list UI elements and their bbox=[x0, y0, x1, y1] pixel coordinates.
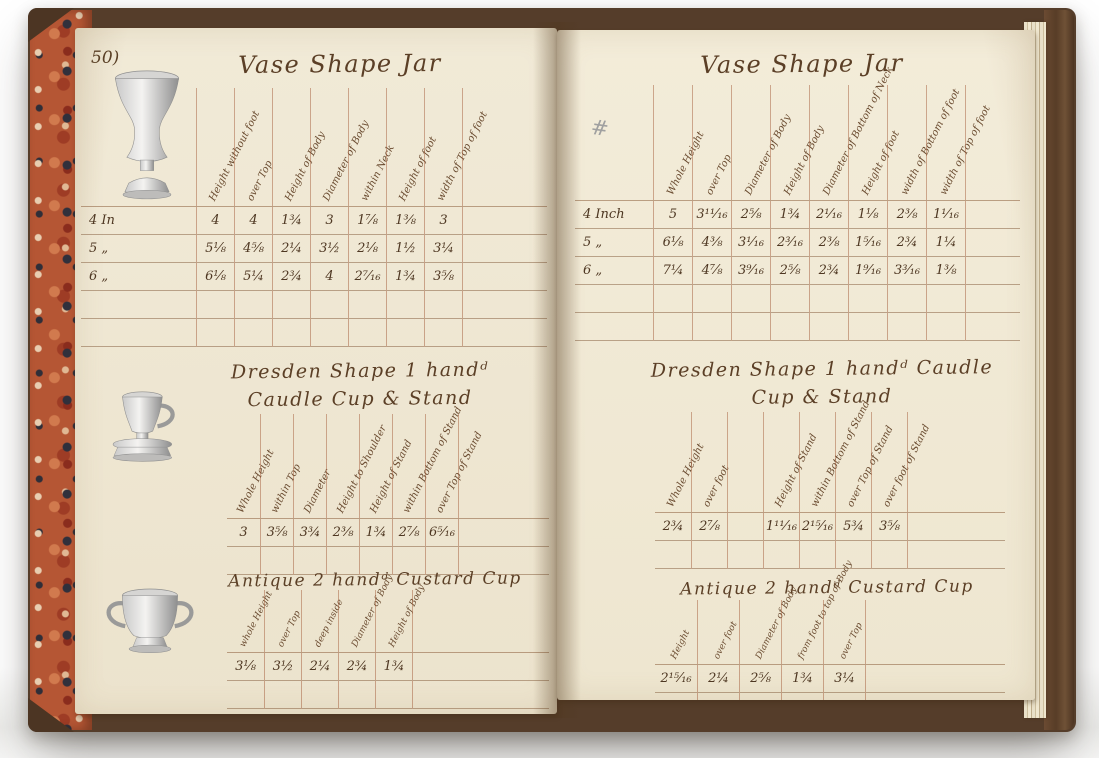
column-header: Height of Body bbox=[272, 88, 310, 206]
column-header: Height of foot bbox=[848, 85, 887, 200]
table-row: 33⅝3¾2⅜1¾2⅞6⁵⁄₁₆ bbox=[227, 519, 549, 547]
table-cell bbox=[227, 681, 264, 709]
table-cell: 4 bbox=[310, 263, 348, 291]
column-header: Height of Body bbox=[375, 590, 412, 652]
column-header: Height of Stand bbox=[763, 412, 799, 512]
column-header: over Top bbox=[823, 600, 865, 664]
column-header: Whole Height bbox=[653, 85, 692, 200]
table-row: 4 In441¾31⅞1⅜3 bbox=[81, 207, 547, 235]
table-cell: 3⅝ bbox=[424, 263, 462, 291]
table-cell: 6⁵⁄₁₆ bbox=[425, 519, 458, 547]
table-cell: 5¾ bbox=[835, 513, 871, 541]
table-cell: 4 Inch bbox=[575, 201, 653, 229]
table-row bbox=[227, 681, 549, 709]
table-cell: 2¹⁵⁄₁₆ bbox=[799, 513, 835, 541]
table-row: 2¾2⅞1¹¹⁄₁₆2¹⁵⁄₁₆5¾3⅝ bbox=[655, 513, 1005, 541]
left-page: 50) Vase Shape Jar Height without fo bbox=[75, 28, 557, 714]
table-row bbox=[575, 285, 1020, 313]
table-cell: 7¼ bbox=[653, 257, 692, 285]
table-cell bbox=[234, 319, 272, 347]
table-cell: 5⅛ bbox=[196, 235, 234, 263]
column-header: width of Top of foot bbox=[424, 88, 462, 206]
table-row: 3⅛3½2¼2¾1¾ bbox=[227, 653, 549, 681]
table-cell bbox=[196, 319, 234, 347]
column-header: Whole Height bbox=[655, 412, 691, 512]
right-dresden-title-line1: Dresden Shape 1 handᵈ Caudle bbox=[642, 356, 1002, 382]
table-row bbox=[575, 313, 1020, 341]
column-header: within Top bbox=[260, 414, 293, 518]
table-cell bbox=[727, 541, 763, 569]
empty-cell bbox=[965, 85, 1020, 200]
table-cell: 2¾ bbox=[338, 653, 375, 681]
table-cell bbox=[871, 541, 907, 569]
table-cell: 6 „ bbox=[575, 257, 653, 285]
column-header: over foot of Stand bbox=[871, 412, 907, 512]
empty-cell bbox=[462, 235, 547, 263]
table-cell: 6⅛ bbox=[653, 229, 692, 257]
column-header: over Top of Stand bbox=[835, 412, 871, 512]
custard-cup-illustration bbox=[91, 578, 209, 682]
table-row: 5 „5⅛4⅝2¼3½2⅛1½3¼ bbox=[81, 235, 547, 263]
table-cell bbox=[731, 285, 770, 313]
table-cell: 3 bbox=[424, 207, 462, 235]
table-cell: 2¼ bbox=[697, 665, 739, 693]
empty-cell bbox=[965, 313, 1020, 341]
table-header-row: Whole Heightover TopDiameter of BodyHeig… bbox=[575, 85, 1020, 201]
table-cell: 3 bbox=[310, 207, 348, 235]
table-cell: 3⅝ bbox=[260, 519, 293, 547]
empty-cell bbox=[907, 412, 1005, 512]
table-cell bbox=[692, 313, 731, 341]
table-row bbox=[655, 693, 1005, 700]
table-cell bbox=[691, 541, 727, 569]
table-cell bbox=[653, 313, 692, 341]
table-cell: 4 bbox=[234, 207, 272, 235]
table-cell bbox=[375, 681, 412, 709]
table-row bbox=[655, 541, 1005, 569]
leather-cover-right bbox=[1044, 10, 1074, 730]
table-cell bbox=[653, 285, 692, 313]
table-header-row: Height without footover TopHeight of Bod… bbox=[81, 88, 547, 207]
table-cell: 2⁷⁄₁₆ bbox=[348, 263, 386, 291]
column-header: Diameter of Bottom of Neck bbox=[809, 85, 848, 200]
table-cell: 6 „ bbox=[81, 263, 196, 291]
table-cell bbox=[81, 291, 196, 319]
table-cell bbox=[763, 541, 799, 569]
table-cell: 3¹⁄₁₆ bbox=[731, 229, 770, 257]
table-cell: 4 In bbox=[81, 207, 196, 235]
table-cell bbox=[823, 693, 865, 700]
left-vase-table: Height without footover TopHeight of Bod… bbox=[81, 88, 547, 347]
empty-cell bbox=[965, 229, 1020, 257]
empty-cell bbox=[965, 201, 1020, 229]
table-cell: 3⅛ bbox=[227, 653, 264, 681]
column-header: Height of Stand bbox=[359, 414, 392, 518]
table-row bbox=[81, 319, 547, 347]
table-cell: 3 bbox=[227, 519, 260, 547]
column-header: over Top bbox=[234, 88, 272, 206]
column-header: Diameter of Body bbox=[739, 600, 781, 664]
table-cell bbox=[424, 319, 462, 347]
table-cell: 2⅜ bbox=[326, 519, 359, 547]
table-cell bbox=[310, 319, 348, 347]
table-cell: 1¾ bbox=[375, 653, 412, 681]
table-cell: 4⅝ bbox=[234, 235, 272, 263]
empty-cell bbox=[412, 653, 549, 681]
table-cell bbox=[575, 313, 653, 341]
column-header-label: Height bbox=[669, 629, 692, 661]
empty-cell bbox=[462, 319, 547, 347]
table-cell: 4⅜ bbox=[692, 229, 731, 257]
table-cell: 2¾ bbox=[809, 257, 848, 285]
table-cell bbox=[770, 313, 809, 341]
column-header-label: over Top bbox=[838, 621, 865, 661]
column-header-label: over Top bbox=[704, 153, 734, 197]
table-cell bbox=[338, 681, 375, 709]
table-cell: 1¼ bbox=[926, 229, 965, 257]
table-cell: 1⅜ bbox=[386, 207, 424, 235]
empty-cell bbox=[462, 291, 547, 319]
table-cell: 2¹⁄₁₆ bbox=[809, 201, 848, 229]
table-cell: 2¼ bbox=[272, 235, 310, 263]
table-cell bbox=[348, 291, 386, 319]
table-cell bbox=[781, 693, 823, 700]
column-header: Height bbox=[655, 600, 697, 664]
left-antique-title: Antique 2 handᵈ Custard Cup bbox=[210, 568, 540, 591]
table-header-row: whole Heightover Topdeep insideDiameter … bbox=[227, 590, 549, 653]
table-cell: 3½ bbox=[310, 235, 348, 263]
table-cell: 1¹⁄₁₆ bbox=[926, 201, 965, 229]
table-cell: 2⅜ bbox=[809, 229, 848, 257]
table-cell bbox=[655, 541, 691, 569]
column-header: Height of Body bbox=[770, 85, 809, 200]
table-cell bbox=[926, 285, 965, 313]
empty-cell bbox=[412, 590, 549, 652]
table-cell: 1¾ bbox=[781, 665, 823, 693]
column-header: whole Height bbox=[227, 590, 264, 652]
table-cell: 2⅛ bbox=[348, 235, 386, 263]
table-cell: 3⅝ bbox=[871, 513, 907, 541]
column-header: Diameter of Body bbox=[338, 590, 375, 652]
table-cell: 1⅜ bbox=[926, 257, 965, 285]
right-antique-table: Heightover footDiameter of Bodyfrom foot… bbox=[655, 600, 1005, 700]
empty-cell bbox=[462, 88, 547, 206]
caudle-cup-illustration bbox=[97, 384, 201, 484]
table-cell bbox=[731, 313, 770, 341]
table-cell: 1¹¹⁄₁₆ bbox=[763, 513, 799, 541]
left-vase-title: Vase Shape Jar bbox=[185, 48, 495, 79]
table-cell: 3¼ bbox=[424, 235, 462, 263]
table-cell bbox=[196, 291, 234, 319]
column-header: Whole Height bbox=[227, 414, 260, 518]
table-cell bbox=[848, 285, 887, 313]
table-cell: 3¹¹⁄₁₆ bbox=[692, 201, 731, 229]
table-row bbox=[81, 291, 547, 319]
table-cell: 5 bbox=[653, 201, 692, 229]
column-header: within Bottom of Stand bbox=[799, 412, 835, 512]
table-cell: 3³⁄₁₆ bbox=[887, 257, 926, 285]
table-cell: 2⅞ bbox=[392, 519, 425, 547]
table-cell: 6⅛ bbox=[196, 263, 234, 291]
table-cell: 1⅛ bbox=[848, 201, 887, 229]
table-cell: 1⁹⁄₁₆ bbox=[848, 257, 887, 285]
column-header: over Top bbox=[692, 85, 731, 200]
table-cell: 2⅜ bbox=[887, 201, 926, 229]
table-cell bbox=[727, 513, 763, 541]
column-header: Diameter of Body bbox=[731, 85, 770, 200]
table-cell bbox=[301, 681, 338, 709]
right-vase-title: Vase Shape Jar bbox=[647, 48, 957, 79]
table-cell: 3¾ bbox=[293, 519, 326, 547]
table-cell: 1¾ bbox=[386, 263, 424, 291]
table-cell: 2¾ bbox=[272, 263, 310, 291]
column-header: from foot to top of Body bbox=[781, 600, 823, 664]
empty-cell bbox=[462, 207, 547, 235]
table-cell: 2¹⁵⁄₁₆ bbox=[655, 665, 697, 693]
table-cell: 1⅞ bbox=[348, 207, 386, 235]
table-cell: 2¾ bbox=[655, 513, 691, 541]
right-page: # Vase Shape Jar Whole Heightover TopDia… bbox=[557, 30, 1035, 700]
table-cell bbox=[926, 313, 965, 341]
table-row: 6 „6⅛5¼2¾42⁷⁄₁₆1¾3⅝ bbox=[81, 263, 547, 291]
column-header: over foot bbox=[691, 412, 727, 512]
table-cell: 5 „ bbox=[81, 235, 196, 263]
table-row: 6 „7¼4⅞3⁹⁄₁₆2⅝2¾1⁹⁄₁₆3³⁄₁₆1⅜ bbox=[575, 257, 1020, 285]
table-cell bbox=[234, 291, 272, 319]
table-cell bbox=[272, 319, 310, 347]
empty-cell bbox=[965, 285, 1020, 313]
table-cell bbox=[799, 541, 835, 569]
column-header bbox=[727, 412, 763, 512]
empty-cell bbox=[865, 693, 1005, 700]
table-cell: 2⅝ bbox=[739, 665, 781, 693]
table-header-row: Whole Heightover footHeight of Standwith… bbox=[655, 412, 1005, 513]
table-row: 4 Inch53¹¹⁄₁₆2⅝1¾2¹⁄₁₆1⅛2⅜1¹⁄₁₆ bbox=[575, 201, 1020, 229]
photo-background: 50) Vase Shape Jar Height without fo bbox=[0, 0, 1099, 758]
column-header-label: over Top bbox=[276, 609, 303, 649]
table-cell bbox=[809, 285, 848, 313]
table-cell bbox=[386, 319, 424, 347]
table-cell: 1¾ bbox=[272, 207, 310, 235]
table-cell bbox=[81, 319, 196, 347]
table-cell bbox=[770, 285, 809, 313]
table-cell bbox=[264, 681, 301, 709]
column-header: over Top of Stand bbox=[425, 414, 458, 518]
column-header: Diameter of Body bbox=[310, 88, 348, 206]
table-cell bbox=[887, 285, 926, 313]
table-cell bbox=[655, 693, 697, 700]
empty-cell bbox=[865, 600, 1005, 664]
left-dresden-table: Whole Heightwithin TopDiameterHeight to … bbox=[227, 414, 549, 575]
left-antique-table: whole Heightover Topdeep insideDiameter … bbox=[227, 590, 549, 709]
table-cell: 4⅞ bbox=[692, 257, 731, 285]
table-cell: 1½ bbox=[386, 235, 424, 263]
empty-cell bbox=[865, 665, 1005, 693]
empty-cell bbox=[907, 513, 1005, 541]
column-header: Height without foot bbox=[196, 88, 234, 206]
table-cell: 2⅝ bbox=[731, 201, 770, 229]
table-cell: 1¾ bbox=[770, 201, 809, 229]
column-header: width of Bottom of foot bbox=[887, 85, 926, 200]
table-cell: 3⁹⁄₁₆ bbox=[731, 257, 770, 285]
table-cell: 2⅝ bbox=[770, 257, 809, 285]
column-header bbox=[575, 85, 653, 200]
table-cell: 4 bbox=[196, 207, 234, 235]
column-header: Height to Shoulder bbox=[326, 414, 359, 518]
column-header: within Neck bbox=[348, 88, 386, 206]
table-cell: 1¾ bbox=[359, 519, 392, 547]
empty-cell bbox=[965, 257, 1020, 285]
column-header: deep inside bbox=[301, 590, 338, 652]
table-cell bbox=[575, 285, 653, 313]
column-header: Diameter bbox=[293, 414, 326, 518]
empty-cell bbox=[458, 519, 549, 547]
table-cell bbox=[348, 319, 386, 347]
book: 50) Vase Shape Jar Height without fo bbox=[28, 8, 1076, 732]
column-header: width of Top of foot bbox=[926, 85, 965, 200]
table-cell bbox=[887, 313, 926, 341]
table-cell: 5¼ bbox=[234, 263, 272, 291]
table-cell bbox=[386, 291, 424, 319]
left-dresden-title-line1: Dresden Shape 1 handᵈ bbox=[195, 358, 525, 383]
table-header-row: Heightover footDiameter of Bodyfrom foot… bbox=[655, 600, 1005, 665]
table-cell bbox=[809, 313, 848, 341]
table-cell bbox=[697, 693, 739, 700]
column-header: over Top bbox=[264, 590, 301, 652]
column-header: over foot bbox=[697, 600, 739, 664]
table-cell: 3¼ bbox=[823, 665, 865, 693]
table-cell bbox=[739, 693, 781, 700]
right-vase-table: Whole Heightover TopDiameter of BodyHeig… bbox=[575, 85, 1020, 341]
right-dresden-table: Whole Heightover footHeight of Standwith… bbox=[655, 412, 1005, 569]
table-cell bbox=[848, 313, 887, 341]
page-number: 50) bbox=[91, 48, 119, 68]
column-header bbox=[81, 88, 196, 206]
table-row: 2¹⁵⁄₁₆2¼2⅝1¾3¼ bbox=[655, 665, 1005, 693]
table-cell bbox=[272, 291, 310, 319]
table-cell bbox=[310, 291, 348, 319]
empty-cell bbox=[907, 541, 1005, 569]
empty-cell bbox=[412, 681, 549, 709]
table-cell: 1⁵⁄₁₆ bbox=[848, 229, 887, 257]
table-cell: 2¼ bbox=[301, 653, 338, 681]
left-dresden-title-line2: Caudle Cup & Stand bbox=[195, 386, 525, 411]
column-header-label: over Top bbox=[246, 159, 276, 203]
table-cell: 3½ bbox=[264, 653, 301, 681]
table-row: 5 „6⅛4⅜3¹⁄₁₆2³⁄₁₆2⅜1⁵⁄₁₆2¾1¼ bbox=[575, 229, 1020, 257]
column-header-label: over foot bbox=[712, 620, 739, 661]
table-cell bbox=[692, 285, 731, 313]
empty-cell bbox=[458, 414, 549, 518]
empty-cell bbox=[462, 263, 547, 291]
table-cell bbox=[424, 291, 462, 319]
table-cell: 2³⁄₁₆ bbox=[770, 229, 809, 257]
column-header: within Bottom of Stand bbox=[392, 414, 425, 518]
column-header: Height of foot bbox=[386, 88, 424, 206]
table-cell: 5 „ bbox=[575, 229, 653, 257]
table-cell: 2¾ bbox=[887, 229, 926, 257]
right-dresden-title-line2: Cup & Stand bbox=[642, 384, 1002, 410]
table-cell: 2⅞ bbox=[691, 513, 727, 541]
table-header-row: Whole Heightwithin TopDiameterHeight to … bbox=[227, 414, 549, 519]
